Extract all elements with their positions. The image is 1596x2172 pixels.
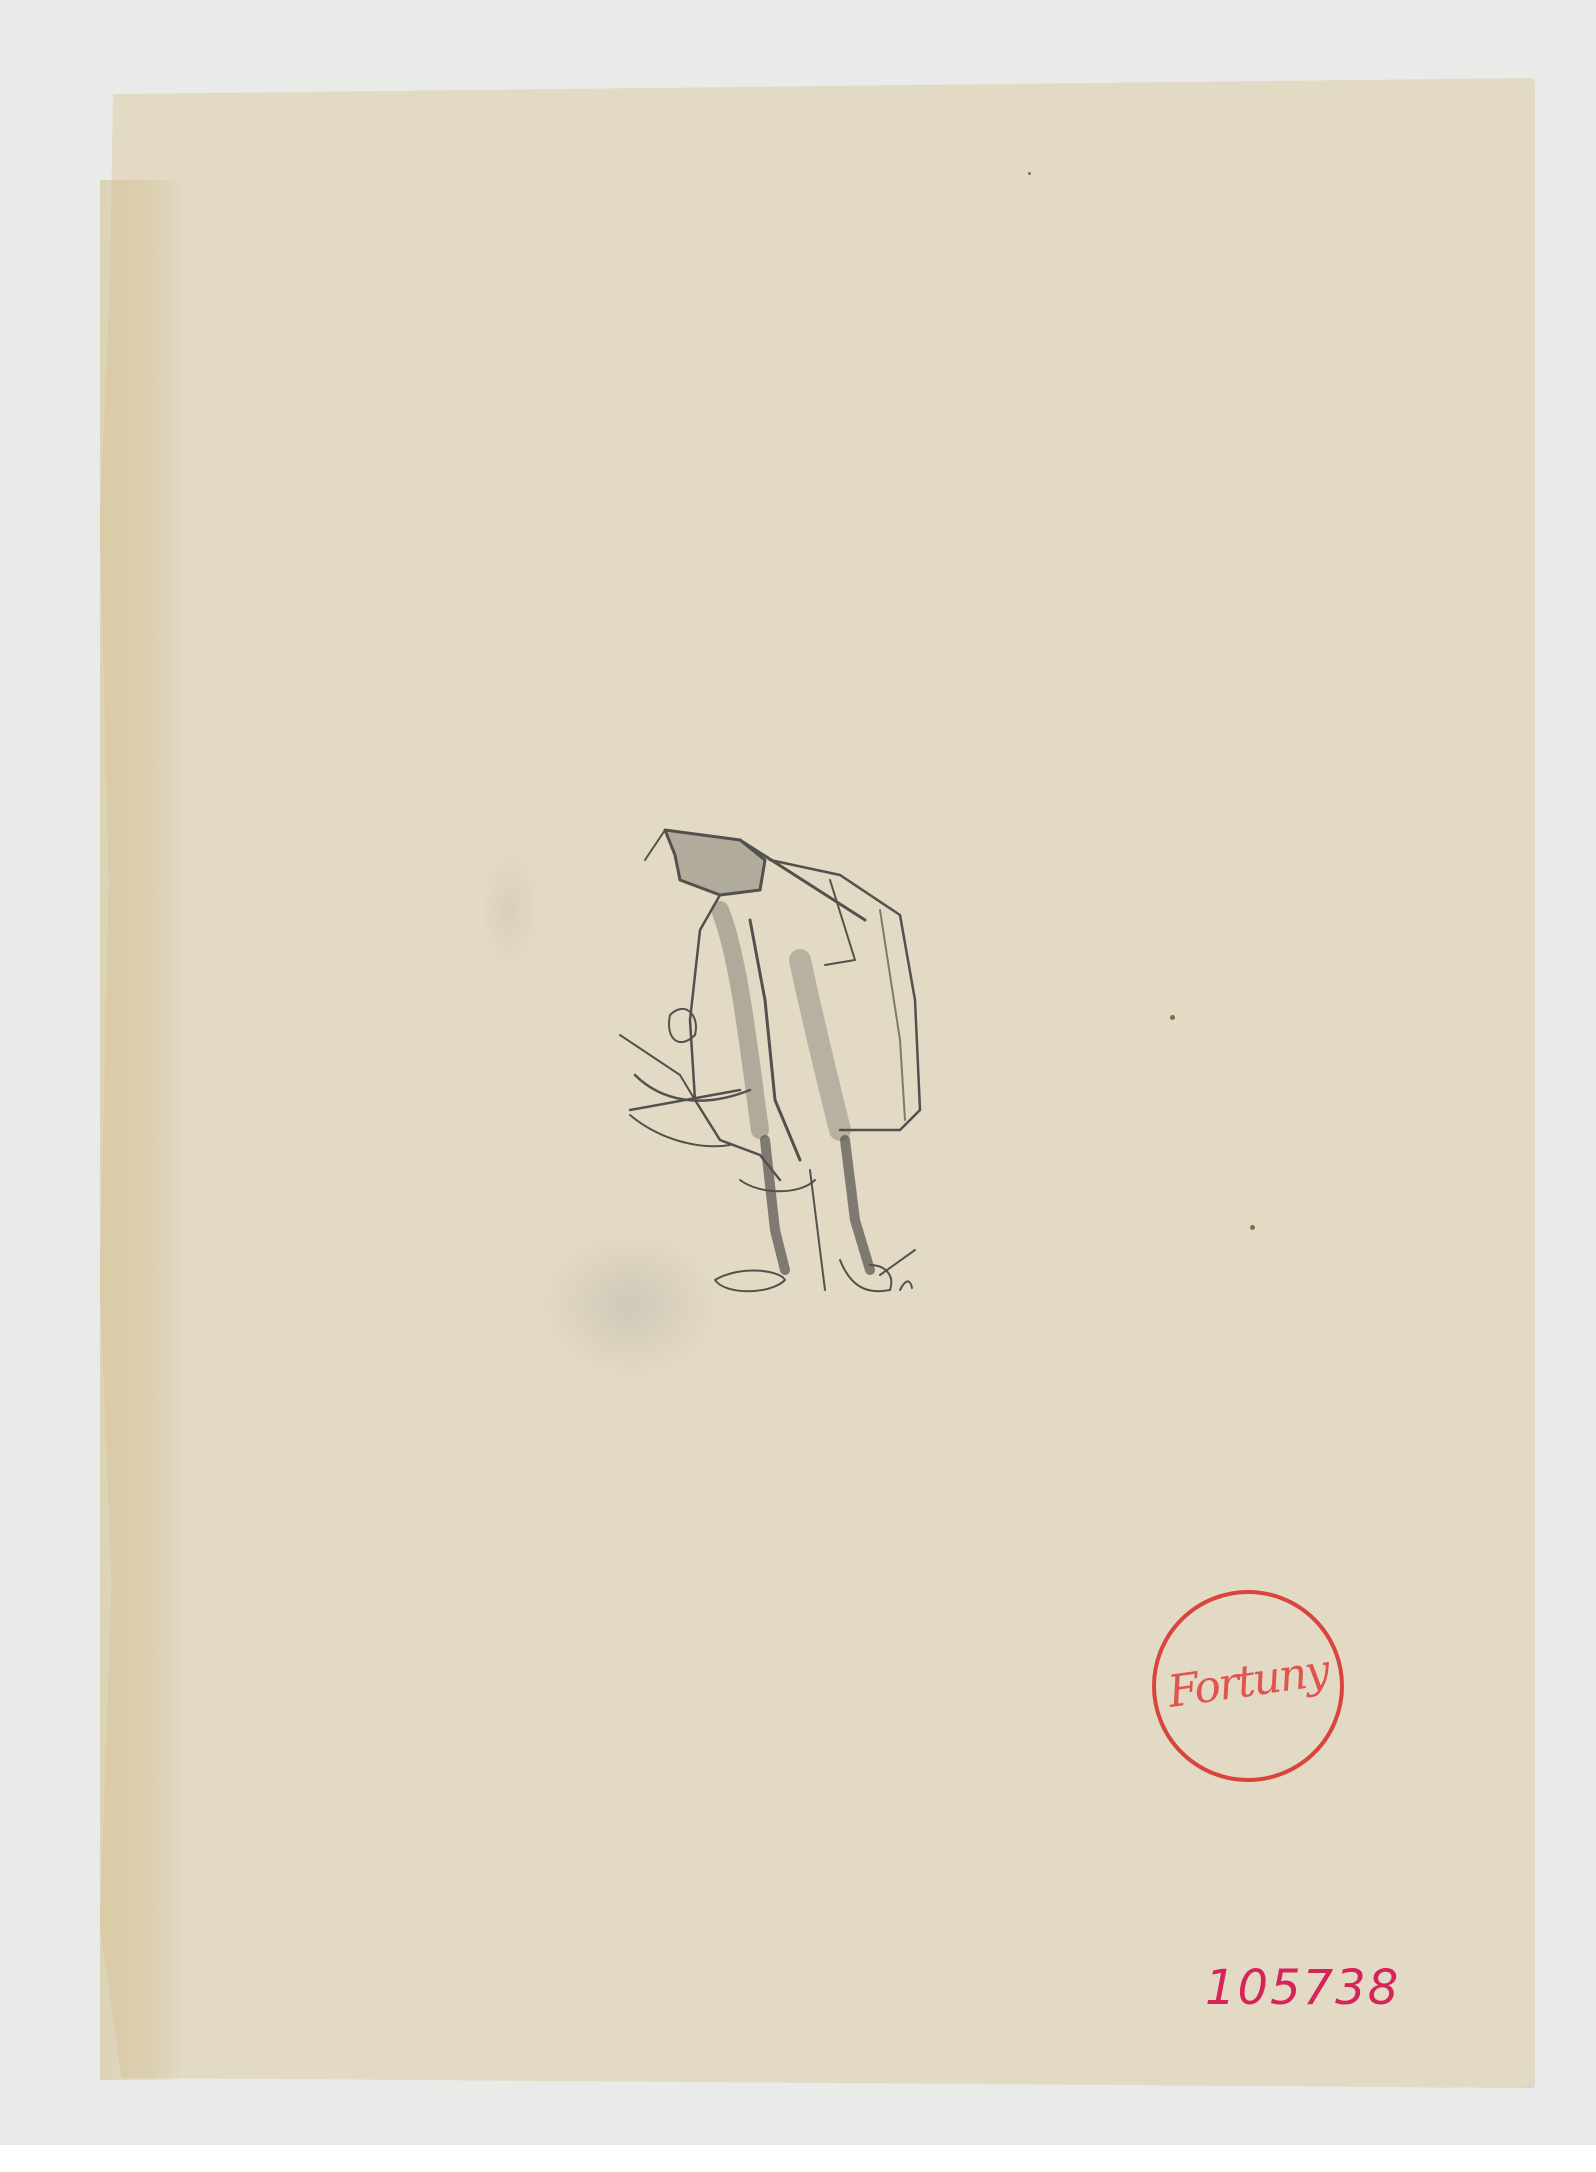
pencil-figure-sketch <box>600 800 950 1400</box>
paper-speck <box>1250 1225 1255 1230</box>
paper-edge-stain <box>100 180 185 2080</box>
inventory-number: 105738 <box>1205 1960 1400 2016</box>
stamp-signature: Fortuny <box>1153 1643 1342 1719</box>
graphite-smudge <box>480 850 540 970</box>
fortuny-stamp: Fortuny <box>1152 1590 1344 1782</box>
paper-speck <box>1028 172 1031 175</box>
paper-speck <box>1170 1015 1175 1020</box>
